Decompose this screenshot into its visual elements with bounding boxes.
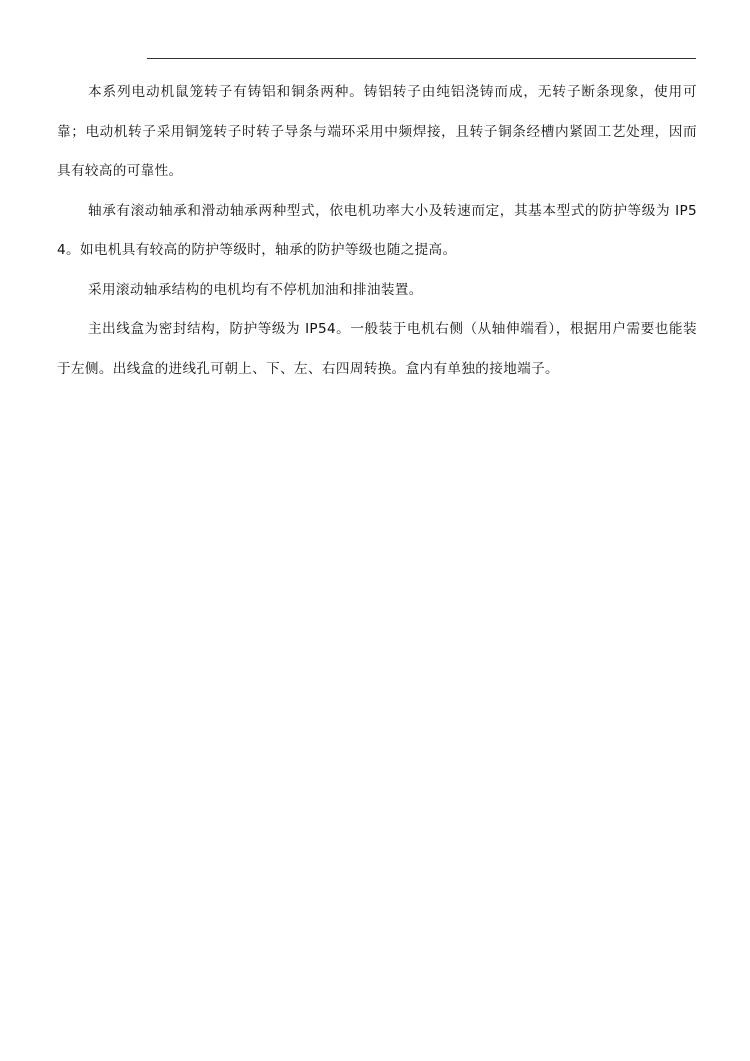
paragraph-terminal-box: 主出线盒为密封结构，防护等级为 IP54。一般装于电机右侧（从轴伸端看），根据用…	[57, 310, 697, 389]
paragraph-lubrication: 采用滚动轴承结构的电机均有不停机加油和排油装置。	[57, 271, 697, 311]
paragraph-rotor: 本系列电动机鼠笼转子有铸铝和铜条两种。铸铝转子由纯铝浇铸而成，无转子断条现象，使…	[57, 73, 697, 192]
paragraph-bearing: 轴承有滚动轴承和滑动轴承两种型式，依电机功率大小及转速而定，其基本型式的防护等级…	[57, 192, 697, 271]
header-divider	[147, 58, 696, 59]
document-body: 本系列电动机鼠笼转子有铸铝和铜条两种。铸铝转子由纯铝浇铸而成，无转子断条现象，使…	[57, 73, 697, 389]
